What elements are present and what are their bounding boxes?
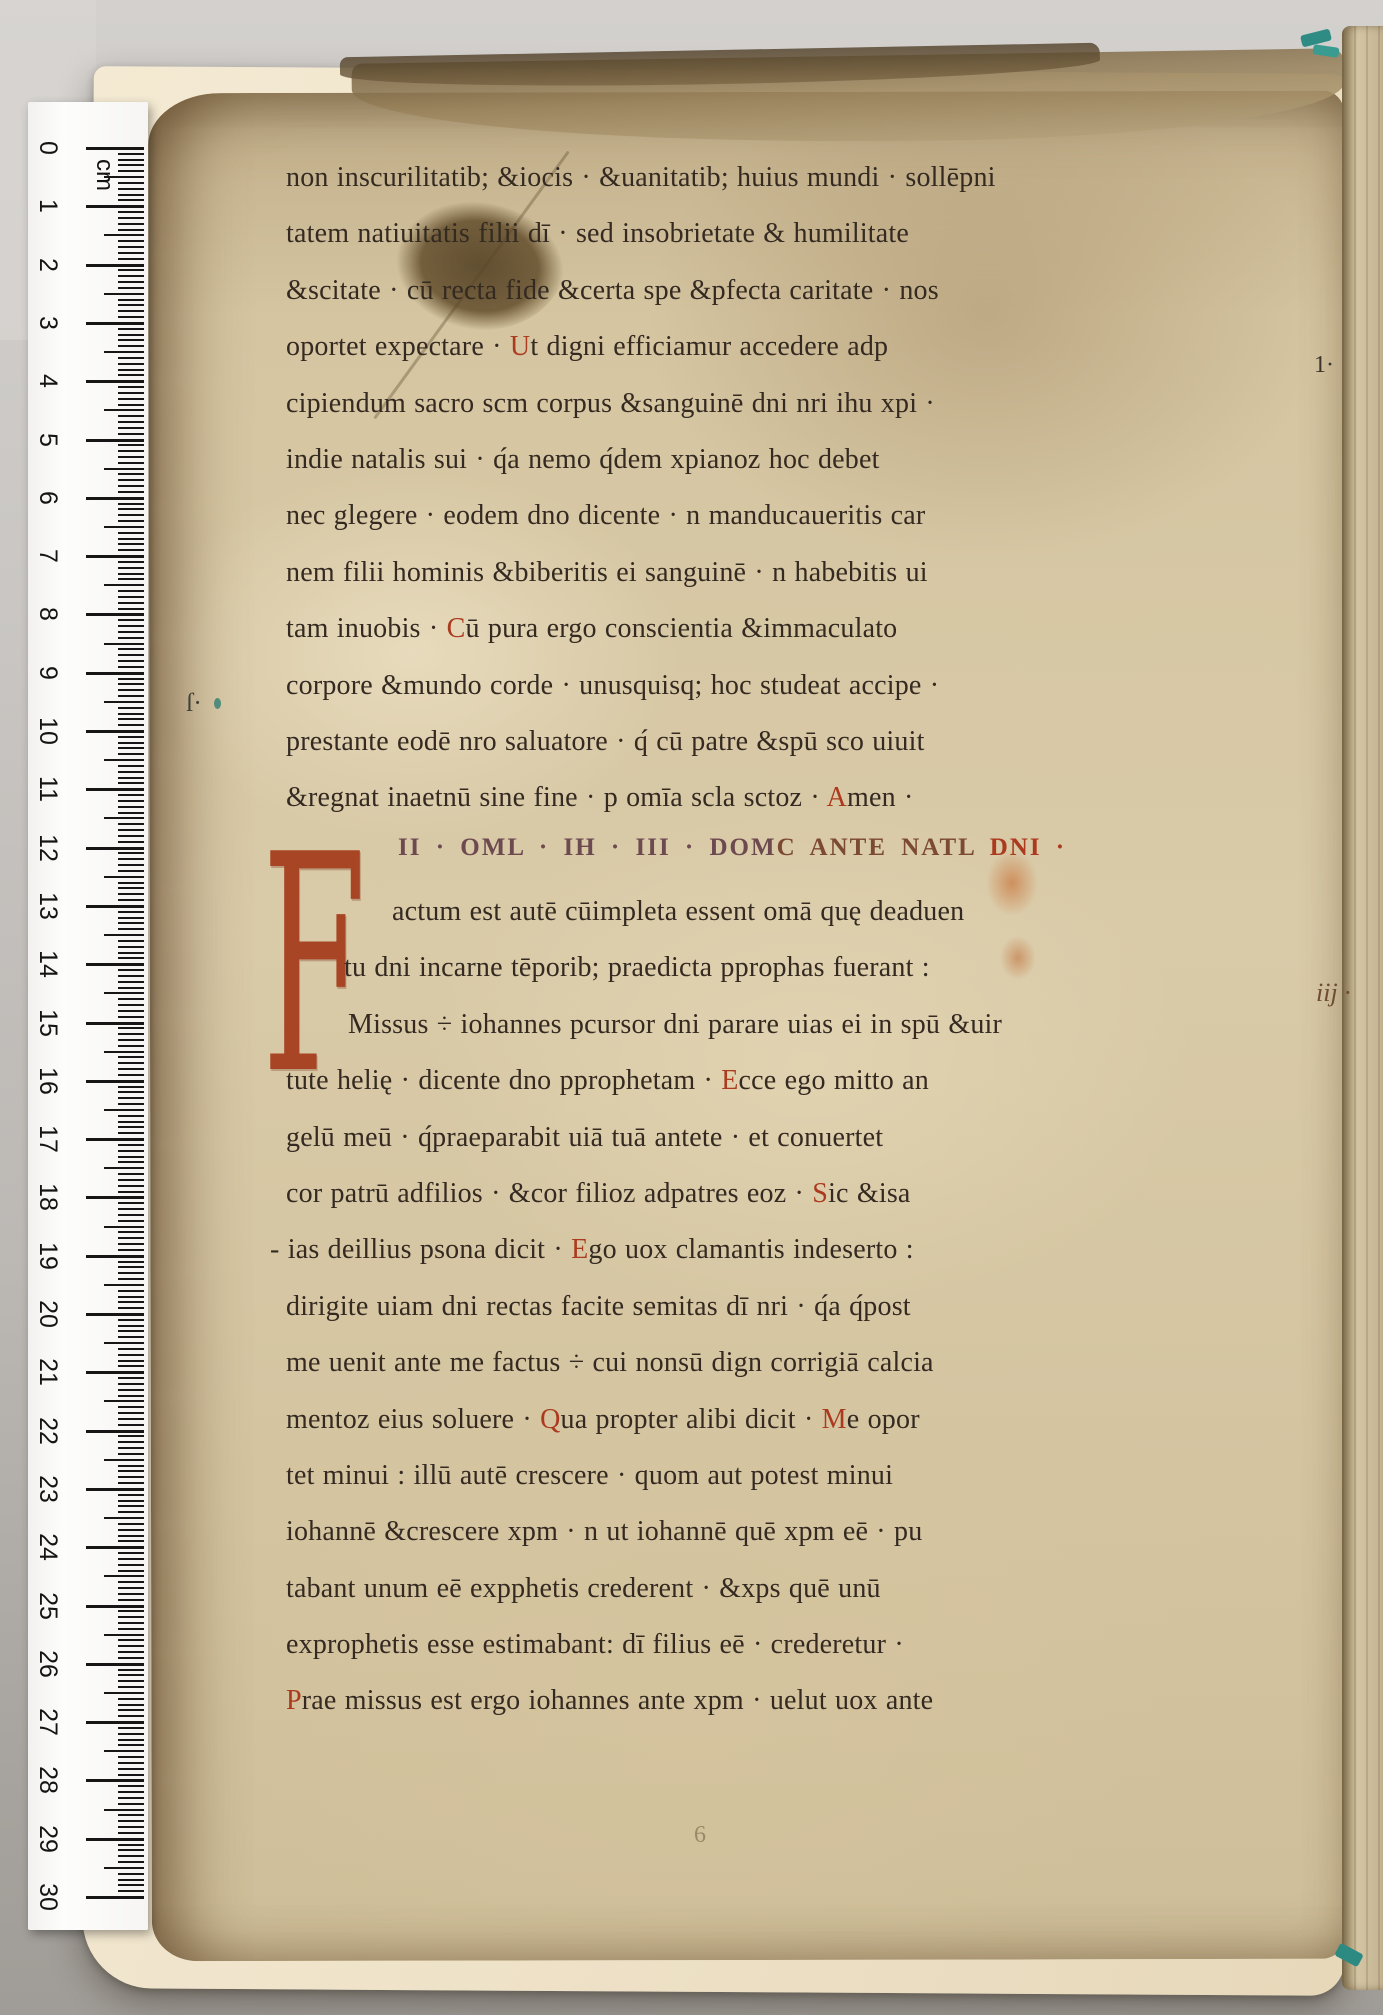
ruler-tick [118, 1319, 144, 1321]
ruler-tick [118, 753, 144, 755]
ruler-tick [118, 479, 144, 481]
ruler-tick [118, 1033, 144, 1035]
ruler-tick [118, 444, 144, 446]
ruler-tick [118, 619, 144, 621]
ruler-tick [118, 304, 144, 306]
cm-ruler: 0123456789101112131415161718192021222324… [28, 102, 148, 1930]
ruler-tick [118, 590, 144, 592]
ruler-tick [86, 1546, 144, 1549]
ruler-number: 13 [33, 888, 63, 924]
ruler-tick [118, 782, 144, 784]
ruler-tick [118, 998, 144, 1000]
ruler-tick [86, 788, 144, 791]
ruler-tick [104, 1459, 144, 1461]
ruler-tick [118, 538, 144, 540]
ruler-tick [118, 852, 144, 854]
ruler-number: 17 [33, 1121, 63, 1157]
ruler-tick [118, 182, 144, 184]
ruler-tick [118, 1208, 144, 1210]
text-segment: E [721, 1065, 738, 1096]
ruler-tick [118, 1540, 144, 1542]
ruler-tick [118, 1535, 144, 1537]
ruler-number: 24 [33, 1529, 63, 1565]
ruler-tick [118, 514, 144, 516]
text-segment: M [822, 1404, 847, 1435]
ruler-tick [86, 1430, 144, 1433]
text-segment: me uenit ante me factus ÷ cui nonsū dign… [286, 1347, 934, 1378]
text-segment: ic &isa [828, 1178, 911, 1209]
ruler-tick [118, 864, 144, 866]
ruler-tick [86, 672, 144, 675]
ruler-number: 9 [33, 655, 63, 691]
ruler-tick [118, 1144, 144, 1146]
ruler-tick [118, 724, 144, 726]
ruler-number: 28 [33, 1762, 63, 1798]
ruler-tick [118, 240, 144, 242]
ruler-tick [118, 1126, 144, 1128]
ruler-tick [118, 1505, 144, 1507]
ruler-tick [118, 549, 144, 551]
text-segment: gelū meū · q́praeparabit uiā tuā antete … [286, 1122, 883, 1153]
text-line: tabant unum eē expphetis crederent · &xp… [286, 1561, 1066, 1617]
ruler-tick [118, 1791, 144, 1793]
text-segment: - ias deillius psona dicit · [270, 1234, 571, 1265]
ruler-tick [104, 1284, 144, 1286]
ruler-tick [118, 258, 144, 260]
ruler-number: 4 [33, 363, 63, 399]
ruler-tick [104, 1342, 144, 1344]
text-segment: exprophetis esse estimabant: dī filius e… [286, 1629, 904, 1660]
text-line: oportet expectare · Ut digni efficiamur … [286, 319, 1066, 375]
ruler-tick [118, 1202, 144, 1204]
ruler-tick [118, 543, 144, 545]
ruler-tick [118, 1774, 144, 1776]
ruler-tick [118, 520, 144, 522]
ruler-tick [118, 1564, 144, 1566]
text-line: cor patrū adfilios · &cor filioz adpatre… [286, 1166, 1066, 1222]
ruler-tick [118, 1179, 144, 1181]
ruler-tick [118, 199, 144, 201]
ruler-tick [118, 316, 144, 318]
text-segment: DNI · [990, 834, 1066, 861]
ruler-tick [118, 1873, 144, 1875]
text-line: tu dni incarne tēporib; praedicta pproph… [344, 940, 1066, 996]
ruler-tick [118, 1639, 144, 1641]
ruler-number: 26 [33, 1646, 63, 1682]
ruler-tick [118, 957, 144, 959]
ruler-tick [118, 491, 144, 493]
ruler-tick [118, 1161, 144, 1163]
ruler-tick [118, 1820, 144, 1822]
ruler-tick [118, 1465, 144, 1467]
ruler-tick [118, 1412, 144, 1414]
ruler-tick [86, 1779, 144, 1782]
ruler-tick [86, 322, 144, 325]
ruler-tick [86, 613, 144, 616]
ruler-tick [118, 1511, 144, 1513]
text-segment: rae missus est ergo iohannes ante xpm · … [302, 1685, 933, 1716]
ruler-tick [118, 1325, 144, 1327]
text-segment: go uox clamantis indeserto : [588, 1234, 913, 1265]
ruler-tick [118, 625, 144, 627]
ruler-tick [118, 456, 144, 458]
ruler-tick [118, 823, 144, 825]
ruler-tick [118, 1832, 144, 1834]
text-segment: mentoz eius soluere · [286, 1404, 540, 1435]
text-segment: dirigite uiam dni rectas facite semitas … [286, 1291, 911, 1322]
ruler-number: 5 [33, 422, 63, 458]
ruler-tick [118, 1610, 144, 1612]
text-segment: men · [847, 782, 914, 813]
ruler-tick [118, 882, 144, 884]
ruler-number: 3 [33, 305, 63, 341]
ruler-tick [104, 1809, 144, 1811]
ruler-tick [118, 159, 144, 161]
ruler-tick [118, 922, 144, 924]
ruler-tick [118, 357, 144, 359]
ruler-tick [118, 561, 144, 563]
text-line: &scitate · cū recta fide &certa spe &pfe… [286, 263, 1066, 319]
ruler-tick [118, 415, 144, 417]
ruler-tick [118, 1004, 144, 1006]
ruler-tick [118, 1739, 144, 1741]
text-line: nec glegere · eodem dno dicente · n mand… [286, 488, 1066, 544]
ruler-tick [104, 934, 144, 936]
ruler-number: 27 [33, 1704, 63, 1740]
ruler-tick [118, 1622, 144, 1624]
ruler-tick [118, 1797, 144, 1799]
ruler-tick [118, 1756, 144, 1758]
text-segment: P [286, 1685, 302, 1716]
ruler-tick [118, 747, 144, 749]
ruler-tick [86, 1838, 144, 1841]
ruler-tick [118, 334, 144, 336]
text-line: me uenit ante me factus ÷ cui nonsū dign… [286, 1335, 1066, 1391]
ruler-tick [118, 969, 144, 971]
text-line: Prae missus est ergo iohannes ante xpm ·… [286, 1673, 1066, 1729]
ruler-tick [118, 1103, 144, 1105]
ruler-tick [118, 339, 144, 341]
ruler-unit-label: cm [91, 155, 117, 195]
ruler-number: 10 [33, 713, 63, 749]
ruler-tick [118, 911, 144, 913]
ruler-tick [86, 205, 144, 208]
ruler-tick [104, 1167, 144, 1169]
text-line: - ias deillius psona dicit · Ego uox cla… [270, 1222, 1066, 1278]
ruler-tick [118, 1826, 144, 1828]
ruler-tick [86, 555, 144, 558]
ruler-tick [118, 1686, 144, 1688]
text-segment: non inscurilitatib; &iocis · &uanitatib;… [286, 162, 996, 193]
ruler-tick [118, 1365, 144, 1367]
ruler-tick [118, 928, 144, 930]
ruler-tick [118, 450, 144, 452]
ruler-number: 18 [33, 1179, 63, 1215]
ruler-tick [118, 275, 144, 277]
text-line: mentoz eius soluere · Qua propter alibi … [286, 1392, 1066, 1448]
ruler-tick [118, 508, 144, 510]
ruler-tick [118, 975, 144, 977]
ruler-tick [118, 363, 144, 365]
text-segment: iohannē &crescere xpm · n ut iohannē quē… [286, 1516, 922, 1547]
ruler-tick [118, 1237, 144, 1239]
ruler-number: 23 [33, 1471, 63, 1507]
ruler-tick [118, 707, 144, 709]
ruler-tick [118, 602, 144, 604]
ruler-tick [118, 893, 144, 895]
ruler-tick [118, 1301, 144, 1303]
ruler-tick [118, 252, 144, 254]
ruler-tick [118, 596, 144, 598]
ruler-tick [118, 1156, 144, 1158]
quire-signature-right: iij · [1316, 978, 1351, 1008]
ruler-tick [118, 1552, 144, 1554]
text-column-upper: non inscurilitatib; &iocis · &uanitatib;… [286, 150, 1066, 827]
ruler-tick [118, 765, 144, 767]
ruler-tick [118, 1523, 144, 1525]
ruler-tick [118, 689, 144, 691]
ruler-tick [118, 1616, 144, 1618]
ruler-tick [86, 147, 144, 150]
ruler-tick [118, 1377, 144, 1379]
ruler-tick [118, 1383, 144, 1385]
ruler-tick [118, 1587, 144, 1589]
text-segment: ua propter alibi dicit · [561, 1404, 822, 1435]
faint-bottom-mark: 6 [694, 1822, 706, 1849]
ruler-tick [118, 917, 144, 919]
ruler-tick [118, 742, 144, 744]
text-line: tatem natiuitatis filii dī · sed insobri… [286, 206, 1066, 262]
ruler-tick [104, 468, 144, 470]
ruler-tick [86, 497, 144, 500]
ruler-tick [118, 858, 144, 860]
manuscript-photo: non inscurilitatib; &iocis · &uanitatib;… [0, 0, 1383, 2015]
ruler-number: 20 [33, 1296, 63, 1332]
ruler-number: 11 [33, 771, 63, 807]
text-line: corpore &mundo corde · unusquisq; hoc st… [286, 658, 1066, 714]
folio-mark-right: 1· [1314, 352, 1334, 379]
text-segment: cipiendum sacro scm corpus &sanguinē dni… [286, 388, 935, 419]
ruler-tick [118, 1278, 144, 1280]
text-segment: A [827, 782, 847, 813]
ruler-tick [118, 1435, 144, 1437]
ruler-tick [118, 713, 144, 715]
ruler-tick [118, 1027, 144, 1029]
ruler-tick [118, 1855, 144, 1857]
text-segment: nec glegere · eodem dno dicente · n mand… [286, 500, 925, 531]
ruler-tick [104, 992, 144, 994]
ruler-tick [118, 1056, 144, 1058]
ruler-tick [118, 1220, 144, 1222]
ruler-tick [118, 841, 144, 843]
ruler-tick [118, 946, 144, 948]
ruler-tick [118, 473, 144, 475]
ruler-tick [118, 1879, 144, 1881]
ruler-tick [118, 1581, 144, 1583]
ruler-tick [118, 433, 144, 435]
ruler-tick [118, 1529, 144, 1531]
ruler-tick [118, 1360, 144, 1362]
ruler-tick [118, 1010, 144, 1012]
ruler-tick [86, 1022, 144, 1025]
ruler-tick [118, 1744, 144, 1746]
ruler-tick [118, 1406, 144, 1408]
text-segment: corpore &mundo corde · unusquisq; hoc st… [286, 670, 939, 701]
ruler-tick [118, 1669, 144, 1671]
ruler-tick [118, 1261, 144, 1263]
ruler-tick [118, 637, 144, 639]
ruler-tick [118, 631, 144, 633]
text-segment: ū pura ergo conscientia &immaculato [465, 613, 897, 644]
ruler-tick [118, 170, 144, 172]
ruler-tick [118, 194, 144, 196]
text-segment: cor patrū adfilios · &cor filioz adpatre… [286, 1178, 812, 1209]
ruler-number: 6 [33, 480, 63, 516]
ruler-tick [118, 573, 144, 575]
text-segment: tu dni incarne tēporib; praedicta pproph… [344, 952, 930, 983]
text-segment: &regnat inaetnū sine fine · p omīa scla … [286, 782, 827, 813]
ruler-tick [118, 1132, 144, 1134]
text-segment: II · OML · IH · III · DOM [398, 834, 777, 861]
ruler-tick [118, 1500, 144, 1502]
text-segment: tam inuobis · [286, 613, 447, 644]
ruler-tick [118, 1441, 144, 1443]
ruler-tick [118, 1727, 144, 1729]
ruler-tick [86, 380, 144, 383]
quire-mark-left: ſ· [186, 688, 202, 718]
text-line: cipiendum sacro scm corpus &sanguinē dni… [286, 376, 1066, 432]
ruler-tick [104, 1634, 144, 1636]
ruler-number: 12 [33, 830, 63, 866]
ruler-tick [118, 1558, 144, 1560]
ruler-tick [118, 328, 144, 330]
ruler-tick [118, 1680, 144, 1682]
ruler-tick [118, 281, 144, 283]
ruler-tick [118, 1593, 144, 1595]
ruler-number: 1 [33, 188, 63, 224]
ruler-tick [118, 794, 144, 796]
ruler-number: 22 [33, 1413, 63, 1449]
text-line: dirigite uiam dni rectas facite semitas … [286, 1279, 1066, 1335]
ruler-tick [118, 1150, 144, 1152]
ruler-number: 7 [33, 538, 63, 574]
ruler-tick [118, 1091, 144, 1093]
ruler-tick [86, 1896, 144, 1899]
ruler-tick [86, 439, 144, 442]
text-segment: C ANTE NATL [777, 834, 990, 861]
ruler-number: 19 [33, 1238, 63, 1274]
ruler-tick [118, 1231, 144, 1233]
ruler-number: 21 [33, 1354, 63, 1390]
text-line: gelū meū · q́praeparabit uiā tuā antete … [286, 1110, 1066, 1166]
ruler-tick [118, 1884, 144, 1886]
text-segment: oportet expectare · [286, 331, 510, 362]
ruler-tick [118, 660, 144, 662]
ruler-number: 30 [33, 1879, 63, 1915]
ruler-tick [118, 1249, 144, 1251]
ruler-tick [118, 1330, 144, 1332]
ruler-tick [118, 1803, 144, 1805]
ruler-tick [118, 1418, 144, 1420]
facing-page-sliver [1342, 26, 1383, 1990]
ruler-number: 25 [33, 1588, 63, 1624]
ruler-tick [118, 1296, 144, 1298]
ruler-tick [118, 1849, 144, 1851]
text-column-lower: actum est autē cūimpleta essent omā quę … [286, 884, 1066, 1730]
ruler-tick [118, 777, 144, 779]
text-segment: t digni efficiamur accedere adp [530, 331, 888, 362]
ruler-tick [118, 887, 144, 889]
text-segment: actum est autē cūimpleta essent omā quę … [392, 896, 964, 927]
ruler-tick [118, 1814, 144, 1816]
ruler-tick [118, 1016, 144, 1018]
ruler-tick [118, 771, 144, 773]
ruler-tick [118, 1039, 144, 1041]
ruler-tick [118, 1045, 144, 1047]
ruler-tick [104, 701, 144, 703]
text-segment: tatem natiuitatis filii dī · sed insobri… [286, 218, 909, 249]
ruler-number: 14 [33, 946, 63, 982]
text-segment: e opor [847, 1404, 920, 1435]
ruler-tick [118, 1097, 144, 1099]
ruler-tick [86, 847, 144, 850]
ruler-tick [118, 736, 144, 738]
ruler-tick [118, 870, 144, 872]
text-segment: tet minui : illū autē crescere · quom au… [286, 1460, 893, 1491]
ruler-tick [118, 578, 144, 580]
ruler-tick [86, 264, 144, 267]
ruler-tick [118, 1768, 144, 1770]
text-segment: S [812, 1178, 828, 1209]
ruler-tick [118, 1068, 144, 1070]
ruler-tick [118, 666, 144, 668]
ruler-tick [118, 392, 144, 394]
ruler-tick [104, 817, 144, 819]
ruler-tick [104, 351, 144, 353]
text-segment: C [447, 613, 466, 644]
ruler-tick [118, 246, 144, 248]
ruler-tick [104, 1517, 144, 1519]
ruler-tick [118, 345, 144, 347]
ruler-tick [86, 1080, 144, 1083]
ruler-tick [118, 386, 144, 388]
ruler-tick [118, 1389, 144, 1391]
ruler-tick [118, 503, 144, 505]
ruler-tick [104, 643, 144, 645]
ruler-tick [118, 1657, 144, 1659]
ruler-tick [118, 462, 144, 464]
text-segment: indie natalis sui · q́a nemo q́dem xpian… [286, 444, 880, 475]
ruler-tick [118, 1599, 144, 1601]
text-segment: cce ego mitto an [739, 1065, 929, 1096]
ruler-tick [118, 1470, 144, 1472]
ruler-tick [118, 287, 144, 289]
ruler-tick [118, 1086, 144, 1088]
ruler-tick [118, 648, 144, 650]
ruler-tick [118, 1121, 144, 1123]
ruler-tick [118, 1785, 144, 1787]
ruler-tick [118, 1715, 144, 1717]
ruler-tick [118, 164, 144, 166]
ruler-tick [104, 409, 144, 411]
text-segment: Q [540, 1404, 560, 1435]
ruler-tick [104, 584, 144, 586]
green-dot-mark [214, 698, 221, 709]
ruler-tick [118, 1243, 144, 1245]
ruler-tick [118, 812, 144, 814]
ruler-tick [118, 683, 144, 685]
text-segment: Missus ÷ iohannes pcursor dni parare uia… [348, 1009, 1002, 1040]
